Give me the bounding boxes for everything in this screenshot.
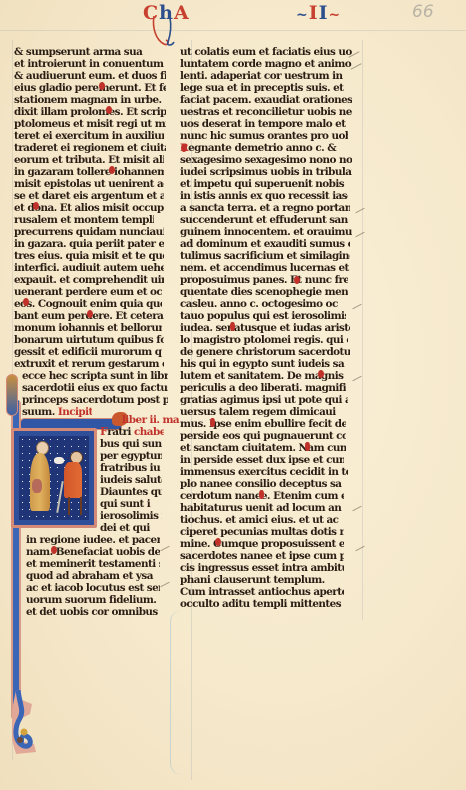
text-line: ad dominum et exauditi sumus et ob [180,238,350,250]
text-fragment: egnante demetrio anno c. & [188,142,336,154]
text-line: gratias agimus ipsi ut pote qui ad [180,394,348,406]
text-line: iudea. senatusque et iudas aristobo [180,322,350,334]
text-line: lege sua et in preceptis suis. et [180,82,348,94]
ruling-line-right-margin [362,40,363,620]
text-line: nam. Benefaciat uobis deus [26,546,160,558]
text-line: uersus talem regem dimicaui [180,406,346,418]
left-column-bottom-text: in regione iudee. et pacem bo nam. Benef… [26,0,166,790]
text-line: phani clauserunt templum. [180,574,340,586]
rubric-paragraph-mark [230,322,235,331]
initial-scroll-terminal-icon [10,690,46,754]
text-line: tauo populus qui est ierosolimis et in [180,310,346,322]
text-line: periculis a deo liberati. magnifice [180,382,346,394]
text-line: tiochus. et amici eius. et ut ac [180,514,344,526]
text-line: sexagesimo sexagesimo nono nos [180,154,352,166]
text-line: lo magistro ptolomei regis. qui est [180,334,348,346]
text-line: plo nanee consilio deceptus sa [180,478,344,490]
rubric-paragraph-mark [210,418,215,427]
text-line: mine. Cumque proposuissent eas [180,538,344,550]
text-line: et sanctam ciuitatem. Nam cum [180,442,346,454]
text-line: cis ingressus esset intra ambitum [180,562,344,574]
text-line: immensus exercitus cecidit in tem [180,466,348,478]
text-line: ut colatis eum et faciatis eius uo [180,46,352,58]
rubric-paragraph-mark [181,144,187,152]
text-line: et impetu qui superuenit nobis [180,178,350,190]
text-line: uestras et reconcilietur uobis nec [180,106,352,118]
text-line: quod ad abraham et ysa [26,570,160,582]
text-line: faciat pacem. exaudiat orationes [180,94,352,106]
rubric-paragraph-mark [215,538,221,546]
text-line: in perside esset dux ipse et cum ipso [180,454,344,466]
text-line: nunc hic sumus orantes pro uobis [180,130,348,142]
text-line: sacerdotes nanee et ipse cum pau [180,550,344,562]
text-line: Cum intrasset antiochus aperto [180,586,344,598]
text-line: casleu. anno c. octogesimo oc [180,298,346,310]
rubric-paragraph-mark [318,370,324,378]
text-line: uos deserat in tempore malo et [180,118,348,130]
text-line: nem. et accendimus lucernas et [180,262,352,274]
manuscript-page: ChA ~II~ 66 & sumpserunt arma sua et int… [0,0,466,790]
text-line: in regione iudee. et pacem bo [26,534,160,546]
rubric-paragraph-mark [259,490,264,499]
text-line: uorum suorum fidelium. [26,594,160,606]
text-line: mus. Ipse enim ebullire fecit de [180,418,346,430]
text-line: guinem innocentem. et orauimus [180,226,352,238]
text-line: ciperet pecunias multas dotis no [180,526,344,538]
text-line: perside eos qui pugnauerunt contra nos [180,430,346,442]
initial-top-flourish [6,374,18,416]
folio-number: 66 [412,2,434,22]
text-line: a sancta terra. et a regno portam [180,202,350,214]
text-line: et meminerit testamenti sui [26,558,160,570]
text-line: tulimus sacrificium et similaginem [180,250,350,262]
text-line: et det uobis cor omnibus [26,606,160,618]
text-line: ac et iacob locutus est ser [26,582,160,594]
text-line: de genere christorum sacerdotum. et [180,346,350,358]
text-line: iudei scripsimus uobis in tribulatione [180,166,352,178]
text-line: lenti. adaperiat cor uestrum in [180,70,348,82]
text-line: in istis annis ex quo recessit iason [180,190,348,202]
right-column: ut colatis eum et faciatis eius uo lunta… [180,0,360,790]
rubric-paragraph-mark [305,442,310,451]
text-line: Regnante demetrio anno c. & [180,142,352,154]
text-line: quentate dies scenophegie mensis [180,286,348,298]
text-line: succenderunt et effuderunt san [180,214,352,226]
rubric-paragraph-mark [294,276,300,284]
text-line: occulto aditu templi mittentes [180,598,344,610]
text-line: luntatem corde magno et animo uo [180,58,352,70]
text-line: habitaturus uenit ad locum an [180,502,344,514]
text-line: proposuimus panes. Et nunc fre [180,274,348,286]
text-line: his qui in egypto sunt iudeis sa [180,358,348,370]
